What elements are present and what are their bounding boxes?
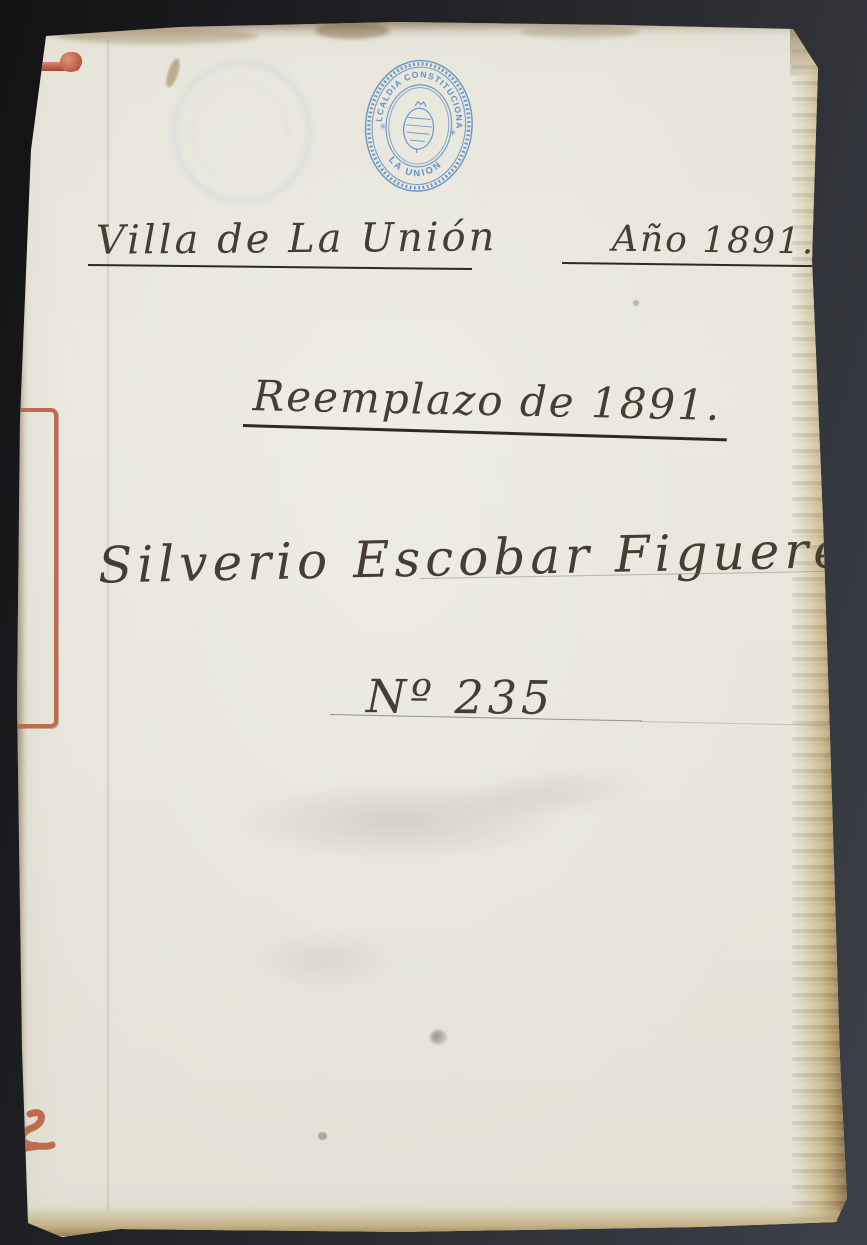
ink-fleck <box>838 487 847 498</box>
edge-stain <box>520 26 640 38</box>
stamp-top-text: ALCALDIA CONSTITUCIONAL <box>341 34 473 131</box>
person-name: Silverio Escobar Figueredo <box>97 519 867 594</box>
municipal-stamp-icon: ALCALDIA CONSTITUCIONAL LA UNION ✳ ✳ <box>337 34 501 214</box>
underline-year-label <box>562 262 814 267</box>
svg-text:ALCALDIA CONSTITUCIONAL: ALCALDIA CONSTITUCIONAL <box>341 34 473 131</box>
pencil-smudge <box>250 930 400 990</box>
replacement-title: Reemplazo de 1891. <box>252 371 723 430</box>
paper-spot <box>633 300 639 306</box>
header-town-title: Villa de La Unión <box>96 214 498 264</box>
binding-cord-bottom <box>6 1106 60 1164</box>
left-crease-line <box>106 40 110 1210</box>
paper-spot <box>430 1030 447 1045</box>
ink-fleck <box>835 530 841 540</box>
underline-town-title <box>88 264 472 270</box>
right-deckled-edge <box>792 26 850 1226</box>
scanner-background: ALCALDIA CONSTITUCIONAL LA UNION ✳ ✳ Vil… <box>0 0 867 1245</box>
stamp-ornament-left-icon: ✳ <box>379 121 387 132</box>
bottom-deckled-edge <box>28 1206 840 1236</box>
stamp-bleedthrough-circle <box>165 53 319 211</box>
paper-spot <box>318 1132 327 1140</box>
header-year-label: Año 1891. <box>612 219 816 263</box>
document-page: ALCALDIA CONSTITUCIONAL LA UNION ✳ ✳ Vil… <box>0 0 867 1245</box>
binding-cord-loop <box>17 408 58 728</box>
stamp-ornament-right-icon: ✳ <box>449 127 457 138</box>
edge-stain <box>164 57 183 89</box>
edge-stain <box>58 28 258 44</box>
top-right-corner-fold <box>790 28 830 76</box>
